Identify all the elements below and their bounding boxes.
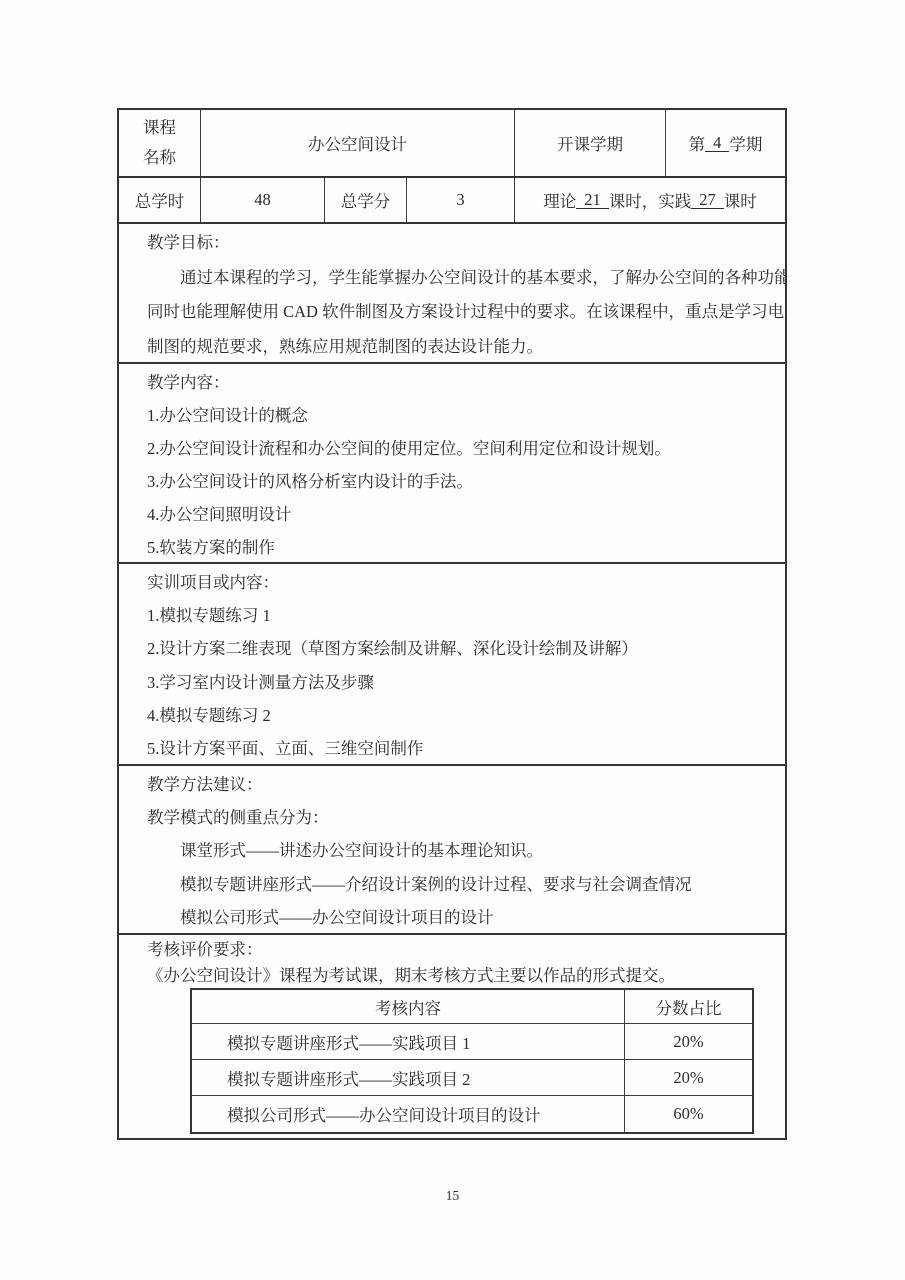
assessment-intro: 《办公空间设计》课程为考试课，期末考核方式主要以作品的形式提交。 [147,961,757,987]
content-item: 2.办公空间设计流程和办公空间的使用定位。空间利用定位和设计规划。 [147,430,757,463]
total-credits-value: 3 [407,178,515,222]
assessment-item: 模拟专题讲座形式——实践项目 1 [192,1024,625,1059]
assessment-item: 模拟公司形式——办公空间设计项目的设计 [192,1096,625,1132]
assessment-pct: 60% [625,1096,752,1132]
assessment-pct: 20% [625,1060,752,1095]
objectives-paragraph-line: 通过本课程的学习，学生能掌握办公空间设计的基本要求，了解办公空间的各种功能， [147,259,757,294]
methods-intro: 教学模式的侧重点分为： [147,799,757,832]
course-name-value: 办公空间设计 [201,110,515,176]
assessment-row: 模拟公司形式——办公空间设计项目的设计 60% [192,1096,752,1132]
objectives-heading: 教学目标： [147,224,757,259]
section-practical-training: 实训项目或内容： 1.模拟专题练习 1 2.设计方案二维表现（草图方案绘制及讲解… [119,564,785,766]
practice-item: 2.设计方案二维表现（草图方案绘制及讲解、深化设计绘制及讲解） [147,631,757,664]
course-label-line1: 课程 [143,113,176,143]
content-item: 3.办公空间设计的风格分析室内设计的手法。 [147,463,757,496]
methods-heading: 教学方法建议： [147,766,757,799]
section-assessment: 考核评价要求： 《办公空间设计》课程为考试课，期末考核方式主要以作品的形式提交。… [119,935,785,1138]
methods-item: 模拟专题讲座形式——介绍设计案例的设计过程、要求与社会调查情况 [147,866,757,899]
section-teaching-methods: 教学方法建议： 教学模式的侧重点分为： 课堂形式——讲述办公空间设计的基本理论知… [119,766,785,935]
section-teaching-content: 教学内容： 1.办公空间设计的概念 2.办公空间设计流程和办公空间的使用定位。空… [119,364,785,564]
assessment-table-header: 考核内容 分数占比 [192,990,752,1024]
content-item: 1.办公空间设计的概念 [147,397,757,430]
objectives-paragraph-line: 同时也能理解使用 CAD 软件制图及方案设计过程中的要求。在该课程中，重点是学习… [147,293,757,328]
term-label: 开课学期 [515,110,666,176]
course-name-label-cell: 课程 名称 [119,110,201,176]
assessment-item: 模拟专题讲座形式——实践项目 2 [192,1060,625,1095]
methods-item: 课堂形式——讲述办公空间设计的基本理论知识。 [147,833,757,866]
term-value-cell: 第4学期 [666,110,785,176]
methods-item: 模拟公司形式——办公空间设计项目的设计 [147,900,757,933]
practice-item: 4.模拟专题练习 2 [147,697,757,730]
term-prefix: 第 [689,131,706,155]
practice-heading: 实训项目或内容： [147,564,757,597]
hours-breakdown-cell: 理论21课时，实践27课时 [515,178,785,222]
hours-suffix: 课时 [724,188,757,212]
assessment-heading: 考核评价要求： [147,935,757,961]
course-syllabus-table: 课程 名称 办公空间设计 开课学期 第4学期 总学时 48 总学分 3 理论21… [117,108,787,1140]
objectives-paragraph-line: 制图的规范要求，熟练应用规范制图的表达设计能力。 [147,328,757,363]
document-page: 课程 名称 办公空间设计 开课学期 第4学期 总学时 48 总学分 3 理论21… [0,0,905,1280]
assessment-table: 考核内容 分数占比 模拟专题讲座形式——实践项目 1 20% 模拟专题讲座形式—… [190,988,754,1134]
content-item: 4.办公空间照明设计 [147,496,757,529]
page-number: 15 [0,1188,905,1204]
assessment-pct: 20% [625,1024,752,1059]
theory-hours: 21 [576,191,609,209]
practice-hours: 27 [691,191,724,209]
section-teaching-objectives: 教学目标： 通过本课程的学习，学生能掌握办公空间设计的基本要求，了解办公空间的各… [119,224,785,364]
total-hours-value: 48 [201,178,325,222]
term-number: 4 [705,134,729,152]
content-heading: 教学内容： [147,364,757,397]
total-credits-label: 总学分 [325,178,407,222]
assessment-col-item: 考核内容 [192,990,625,1023]
course-label-line2: 名称 [143,143,176,173]
assessment-row: 模拟专题讲座形式——实践项目 1 20% [192,1024,752,1060]
practice-item: 3.学习室内设计测量方法及步骤 [147,664,757,697]
table-row: 课程 名称 办公空间设计 开课学期 第4学期 [119,110,785,178]
practice-item: 5.设计方案平面、立面、三维空间制作 [147,730,757,763]
theory-prefix: 理论 [543,188,576,212]
practice-prefix: 课时，实践 [609,188,692,212]
practice-item: 1.模拟专题练习 1 [147,597,757,630]
total-hours-label: 总学时 [119,178,201,222]
table-row: 总学时 48 总学分 3 理论21课时，实践27课时 [119,178,785,224]
assessment-row: 模拟专题讲座形式——实践项目 2 20% [192,1060,752,1096]
content-item: 5.软装方案的制作 [147,529,757,562]
term-suffix: 学期 [729,131,762,155]
assessment-col-pct: 分数占比 [625,990,752,1023]
